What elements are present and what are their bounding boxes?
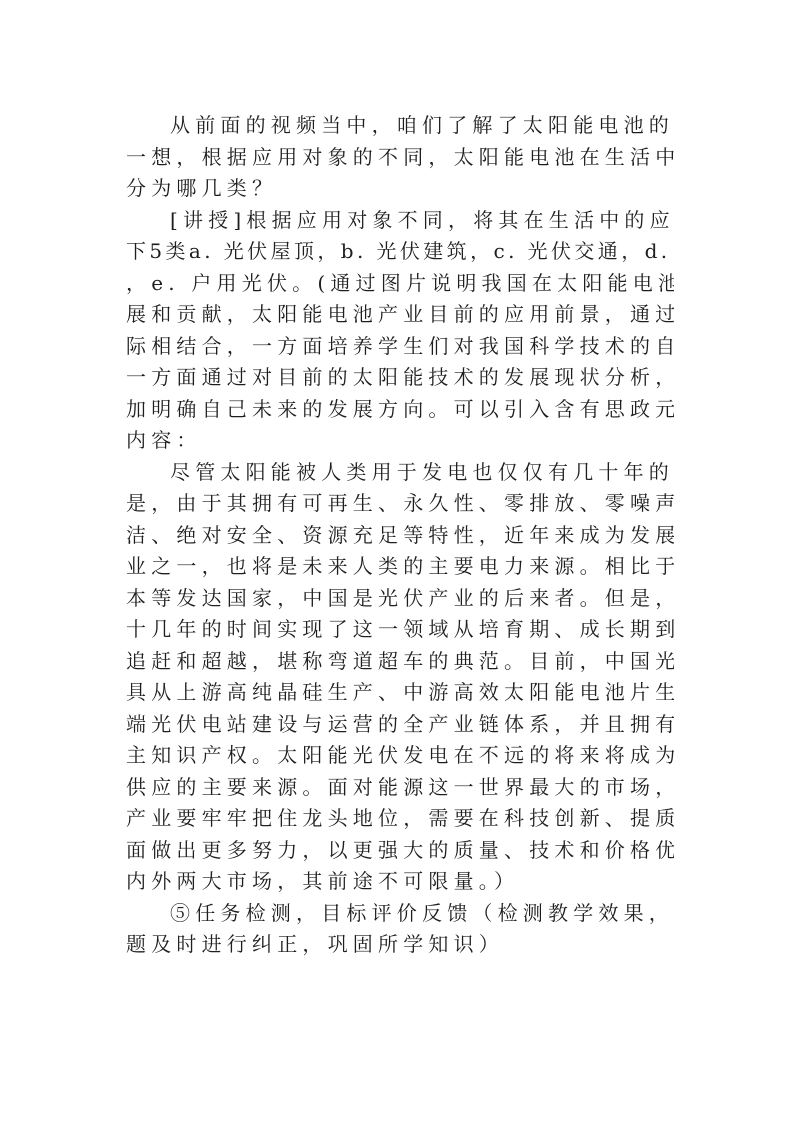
text-line: ⑤任务检测，目标评价反馈（检测教学效果，对尚存问: [126, 898, 674, 930]
paragraph-intro-question: 从前面的视频当中，咱们了解了太阳能电池的应用，想 一想，根据应用对象的不同，太阳…: [126, 110, 674, 205]
text-line: 追赶和超越，堪称弯道超车的典范。目前，中国光伏产业已: [126, 646, 674, 678]
text-line: 业之一，也将是未来人类的主要电力来源。相比于欧美、日: [126, 551, 674, 583]
paragraph-ideological-content: 尽管太阳能被人类用于发电也仅仅有几十年的时间，但 是，由于其拥有可再生、永久性、…: [126, 457, 674, 898]
text-line: 从前面的视频当中，咱们了解了太阳能电池的应用，想: [126, 110, 674, 142]
document-page: 从前面的视频当中，咱们了解了太阳能电池的应用，想 一想，根据应用对象的不同，太阳…: [0, 0, 793, 1122]
paragraph-task-check: ⑤任务检测，目标评价反馈（检测教学效果，对尚存问 题及时进行纠正，巩固所学知识）: [126, 898, 674, 961]
text-line: 题及时进行纠正，巩固所学知识）: [126, 929, 674, 961]
document-body: 从前面的视频当中，咱们了解了太阳能电池的应用，想 一想，根据应用对象的不同，太阳…: [126, 110, 674, 961]
text-line: 尽管太阳能被人类用于发电也仅仅有几十年的时间，但: [126, 457, 674, 489]
text-line: 具从上游高纯晶硅生产、中游高效太阳能电池片生产、到终: [126, 677, 674, 709]
text-line: 下5类a. 光伏屋顶，b. 光伏建筑，c. 光伏交通，d. 光伏农业: [126, 236, 674, 268]
text-line: 内外两大市场，其前途不可限量。）: [126, 866, 674, 898]
text-line: 洁、绝对安全、资源充足等特性，近年来成为发展最快的产: [126, 520, 674, 552]
text-line: 本等发达国家，中国是光伏产业的后来者。但是，中国却用: [126, 583, 674, 615]
text-line: [讲授]根据应用对象不同，将其在生活中的应用分为以: [126, 205, 674, 237]
text-line: 一方面通过对目前的太阳能技术的发展现状分析，使学生更: [126, 362, 674, 394]
text-line: 主知识产权。太阳能光伏发电在不远的将来将成为世界能源: [126, 740, 674, 772]
text-line: 际相结合，一方面培养学生们对我国科学技术的自信心，另: [126, 331, 674, 363]
paragraph-lecture: [讲授]根据应用对象不同，将其在生活中的应用分为以 下5类a. 光伏屋顶，b. …: [126, 205, 674, 457]
text-line: 端光伏电站建设与运营的全产业链体系，并且拥有完整的自: [126, 709, 674, 741]
text-line: 加明确自己未来的发展方向。可以引入含有思政元素的以下: [126, 394, 674, 426]
text-line: 面做出更多努力，以更强大的质量、技术和价格优势占领海: [126, 835, 674, 867]
text-line: 供应的主要来源。面对能源这一世界最大的市场，中国光伏: [126, 772, 674, 804]
text-line: 是，由于其拥有可再生、永久性、零排放、零噪声、绿色清: [126, 488, 674, 520]
text-line: 一想，根据应用对象的不同，太阳能电池在生活中的应用可: [126, 142, 674, 174]
text-line: 十几年的时间实现了这一领域从培育期、成长期到成熟期的: [126, 614, 674, 646]
text-line: 产业要牢牢把住龙头地位，需要在科技创新、提质增效等方: [126, 803, 674, 835]
text-line: 内容：: [126, 425, 674, 457]
text-line: 展和贡献，太阳能电池产业目前的应用前景，通过理论与实: [126, 299, 674, 331]
text-line: ，e. 户用光伏。(通过图片说明我国在太阳能电池领域的发: [126, 268, 674, 300]
text-line: 分为哪几类？: [126, 173, 674, 205]
